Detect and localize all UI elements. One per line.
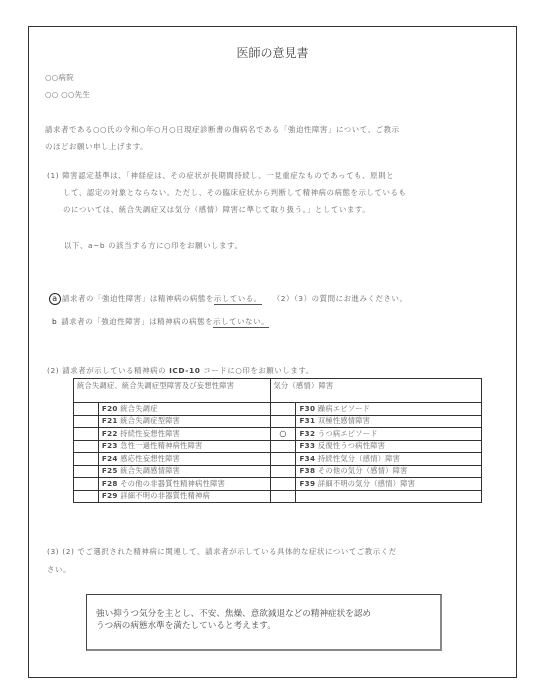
option-b-marker: b <box>52 317 57 326</box>
left-code-cell: F23 急性一過性精神病性障害 <box>98 440 270 453</box>
q3-line-2: さい。 <box>47 564 71 575</box>
intro-line-1: 請求者である○○氏の令和○年○月○日現症診断書の傷病名である「強迫性障害」につい… <box>45 124 400 135</box>
right-code-cell <box>296 490 482 503</box>
left-mark-cell[interactable] <box>74 490 99 503</box>
right-mark-cell[interactable] <box>270 453 296 466</box>
left-mark-cell[interactable] <box>74 453 99 466</box>
right-code-cell: F34 持続性気分（感情）障害 <box>296 453 482 466</box>
table-row: F25 統合失調感情障害 F38 その他の気分（感情）障害 <box>74 465 482 478</box>
table-row: F28 その他の非器質性精神病性障害 F39 詳細不明の気分（感情）障害 <box>74 478 482 491</box>
q1-option-a[interactable]: a請求者の「強迫性障害」は精神病の病態を示している。 （2）（3）の質問にお進み… <box>49 293 408 305</box>
left-code-cell: F22 持続性妄想性障害 <box>98 428 270 441</box>
right-mark-cell[interactable] <box>270 415 296 428</box>
left-mark-cell[interactable] <box>74 403 99 416</box>
q2-prefix: (2) 請求者が示している精神病の <box>47 366 166 375</box>
right-code-cell: F31 双極性感情障害 <box>296 415 482 428</box>
left-mark-cell[interactable] <box>74 440 99 453</box>
table-row: F23 急性一過性精神病性障害 F33 反復性うつ病性障害 <box>74 440 482 453</box>
right-code-cell: F32 うつ病エピソード <box>296 428 482 441</box>
left-mark-cell[interactable] <box>74 428 99 441</box>
document-title: 医師の意見書 <box>29 44 516 61</box>
left-code-cell: F25 統合失調感情障害 <box>98 465 270 478</box>
icd10-table: 統合失調症、統合失調症型障害及び妄想性障害 気分（感情）障害 F20 統合失調症… <box>73 378 482 503</box>
left-code-cell: F24 感応性妄想性障害 <box>98 453 270 466</box>
right-code-cell: F39 詳細不明の気分（感情）障害 <box>296 478 482 491</box>
option-b-text: 請求者の「強迫性障害」は精神病の病態を <box>61 317 213 326</box>
answer-line-2: うつ病の病態水準を満たしていると考えます。 <box>96 619 276 631</box>
q1-option-b[interactable]: b請求者の「強迫性障害」は精神病の病態を示していない。 <box>52 316 269 327</box>
right-mark-cell[interactable] <box>270 403 296 416</box>
table-row: F20 統合失調症 F30 躁病エピソード <box>74 403 482 416</box>
left-mark-cell[interactable] <box>74 415 99 428</box>
table-row: F21 統合失調症型障害 F31 双極性感情障害 <box>74 415 482 428</box>
right-mark-cell[interactable] <box>270 478 296 491</box>
q1-text-1: 障害認定基準は、「神経症は、その症状が長期間持続し、一見重症なものであっても、原… <box>62 171 394 180</box>
right-mark-cell[interactable] <box>270 440 296 453</box>
right-code-cell: F33 反復性うつ病性障害 <box>296 440 482 453</box>
option-a-circled-marker: a <box>49 293 61 305</box>
document-page: 医師の意見書 ○○病院 ○○ ○○先生 請求者である○○氏の令和○年○月○日現症… <box>28 26 517 678</box>
q3-answer-box[interactable]: 強い抑うつ気分を主とし、不安、焦燥、意欲減退などの精神症状を認め うつ病の病態水… <box>86 594 442 651</box>
left-mark-cell[interactable] <box>74 478 99 491</box>
left-code-cell: F29 詳細不明の非器質性精神病 <box>98 490 270 503</box>
q2-suffix: コードに○印をお願いします。 <box>203 366 313 375</box>
right-mark-cell[interactable] <box>270 490 296 503</box>
right-group-header: 気分（感情）障害 <box>270 379 481 403</box>
option-a-text: 請求者の「強迫性障害」は精神病の病態を <box>62 294 214 303</box>
left-code-cell: F28 その他の非器質性精神病性障害 <box>98 478 270 491</box>
table-row: F29 詳細不明の非器質性精神病 <box>74 490 482 503</box>
option-b-underlined: 示していない。 <box>213 317 269 328</box>
right-code-cell: F30 躁病エピソード <box>296 403 482 416</box>
left-code-cell: F20 統合失調症 <box>98 403 270 416</box>
right-code-cell: F38 その他の気分（感情）障害 <box>296 465 482 478</box>
q1-number: (1) <box>47 171 59 180</box>
option-a-underlined: 示している。 <box>214 294 262 305</box>
table-header-row: 統合失調症、統合失調症型障害及び妄想性障害 気分（感情）障害 <box>74 379 482 403</box>
q1-line-3: のについては、統合失調症又は気分（感情）障害に準じて取り扱う。」としています。 <box>63 204 370 215</box>
q2-prompt: (2) 請求者が示している精神病の ICD-10 コードに○印をお願いします。 <box>47 365 314 376</box>
option-a-followup: （2）（3）の質問にお進みください。 <box>273 294 408 303</box>
recipient-doctor: ○○ ○○先生 <box>45 89 90 100</box>
left-code-cell: F21 統合失調症型障害 <box>98 415 270 428</box>
right-mark-cell[interactable] <box>270 465 296 478</box>
recipient-hospital: ○○病院 <box>45 72 74 83</box>
q3-line-1: (3) (2) でご選択された精神病に関連して、請求者が示している具体的な症状に… <box>47 546 397 557</box>
intro-line-2: のほどお願い申し上げます。 <box>45 141 148 152</box>
table-row: F24 感応性妄想性障害 F34 持続性気分（感情）障害 <box>74 453 482 466</box>
q1-instruction: 以下、a~b の該当する方に○印をお願いします。 <box>64 240 242 251</box>
right-mark-cell-selected[interactable]: ○ <box>270 428 296 441</box>
q1-line-1: (1) 障害認定基準は、「神経症は、その症状が長期間持続し、一見重症なものであっ… <box>47 170 394 181</box>
answer-line-1: 強い抑うつ気分を主とし、不安、焦燥、意欲減退などの精神症状を認め <box>96 607 371 619</box>
q2-code-label: ICD-10 <box>169 366 200 375</box>
q1-line-2: して、認定の対象とならない。ただし、その臨床症状から判断して精神病の病態を示して… <box>63 187 406 198</box>
left-mark-cell[interactable] <box>74 465 99 478</box>
left-group-header: 統合失調症、統合失調症型障害及び妄想性障害 <box>74 379 271 403</box>
table-row: F22 持続性妄想性障害 ○ F32 うつ病エピソード <box>74 428 482 441</box>
